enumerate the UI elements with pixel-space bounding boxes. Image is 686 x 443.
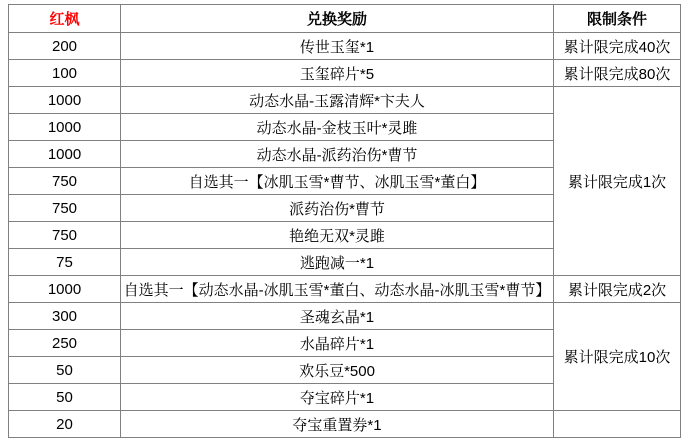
table-row: 200传世玉玺*1累计限完成40次: [9, 33, 681, 60]
cost-cell: 50: [9, 357, 121, 384]
cost-cell: 250: [9, 330, 121, 357]
reward-cell: 动态水晶-金枝玉叶*灵雎: [121, 114, 554, 141]
table-row: 100玉玺碎片*5累计限完成80次: [9, 60, 681, 87]
reward-cell: 圣魂玄晶*1: [121, 303, 554, 330]
cost-cell: 1000: [9, 276, 121, 303]
cost-cell: 1000: [9, 114, 121, 141]
cost-cell: 750: [9, 168, 121, 195]
reward-cell: 夺宝碎片*1: [121, 384, 554, 411]
cost-cell: 1000: [9, 141, 121, 168]
reward-cell: 夺宝重置券*1: [121, 411, 554, 438]
exchange-rewards-table: 红枫 兑换奖励 限制条件 200传世玉玺*1累计限完成40次100玉玺碎片*5累…: [8, 4, 681, 438]
cost-cell: 750: [9, 195, 121, 222]
reward-cell: 派药治伤*曹节: [121, 195, 554, 222]
cost-cell: 100: [9, 60, 121, 87]
header-row: 红枫 兑换奖励 限制条件: [9, 5, 681, 33]
limit-cell: 累计限完成80次: [554, 60, 681, 87]
cost-cell: 300: [9, 303, 121, 330]
reward-cell: 玉玺碎片*5: [121, 60, 554, 87]
reward-cell: 动态水晶-玉露清辉*卞夫人: [121, 87, 554, 114]
reward-cell: 艳绝无双*灵雎: [121, 222, 554, 249]
cost-cell: 20: [9, 411, 121, 438]
reward-cell: 动态水晶-派药治伤*曹节: [121, 141, 554, 168]
limit-cell: 累计限完成10次: [554, 303, 681, 411]
exchange-rewards-table-container: 红枫 兑换奖励 限制条件 200传世玉玺*1累计限完成40次100玉玺碎片*5累…: [8, 4, 681, 438]
header-reward: 兑换奖励: [121, 5, 554, 33]
header-limit: 限制条件: [554, 5, 681, 33]
table-row: 1000动态水晶-玉露清辉*卞夫人累计限完成1次: [9, 87, 681, 114]
cost-cell: 75: [9, 249, 121, 276]
cost-cell: 200: [9, 33, 121, 60]
reward-cell: 逃跑减一*1: [121, 249, 554, 276]
limit-cell: 累计限完成2次: [554, 276, 681, 303]
reward-cell: 自选其一【动态水晶-冰肌玉雪*董白、动态水晶-冰肌玉雪*曹节】: [121, 276, 554, 303]
table-row: 300圣魂玄晶*1累计限完成10次: [9, 303, 681, 330]
cost-cell: 750: [9, 222, 121, 249]
limit-cell: [554, 411, 681, 438]
reward-cell: 欢乐豆*500: [121, 357, 554, 384]
cost-cell: 50: [9, 384, 121, 411]
reward-cell: 自选其一【冰肌玉雪*曹节、冰肌玉雪*董白】: [121, 168, 554, 195]
limit-cell: 累计限完成1次: [554, 87, 681, 276]
cost-cell: 1000: [9, 87, 121, 114]
header-cost: 红枫: [9, 5, 121, 33]
reward-cell: 水晶碎片*1: [121, 330, 554, 357]
limit-cell: 累计限完成40次: [554, 33, 681, 60]
table-row: 20夺宝重置券*1: [9, 411, 681, 438]
reward-cell: 传世玉玺*1: [121, 33, 554, 60]
table-row: 1000自选其一【动态水晶-冰肌玉雪*董白、动态水晶-冰肌玉雪*曹节】累计限完成…: [9, 276, 681, 303]
